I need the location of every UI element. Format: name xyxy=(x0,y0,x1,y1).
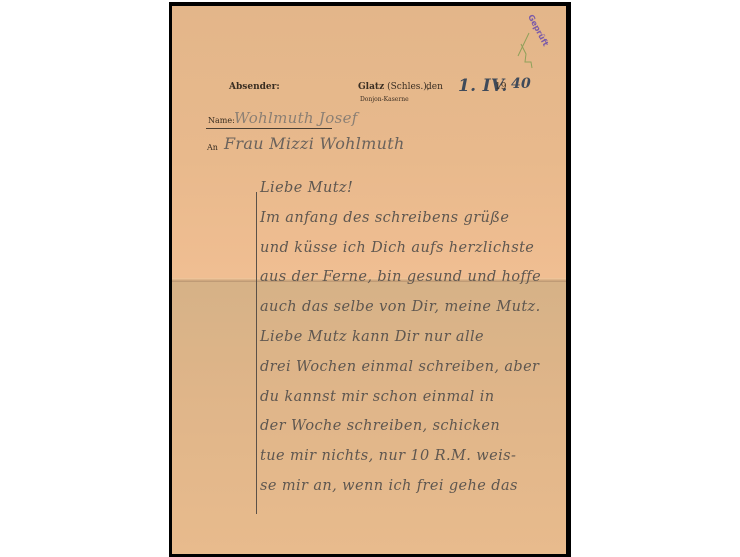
letter-line: der Woche schreiben, schicken xyxy=(260,412,560,442)
sender-label: Absender: xyxy=(229,82,280,92)
letter-line: und küsse ich Dich aufs herzlichste xyxy=(260,234,560,264)
letter-line: tue mir nichts, nur 10 R.M. weis- xyxy=(260,442,560,472)
place-region: (Schles.), xyxy=(384,82,429,92)
letter-line: Liebe Mutz! xyxy=(260,174,560,204)
barracks-label: Donjon-Kaserne xyxy=(360,96,409,103)
letter-line: aus der Ferne, bin gesund und hoffe xyxy=(260,263,560,293)
margin-line xyxy=(256,192,257,514)
letter-line: Liebe Mutz kann Dir nur alle xyxy=(260,323,560,353)
letter-line: Im anfang des schreibens grüße xyxy=(260,204,560,234)
sender-name: Wohlmuth Josef xyxy=(234,109,358,127)
letter-line: auch das selbe von Dir, meine Mutz. xyxy=(260,293,560,323)
letter-line: se mir an, wenn ich frei gehe das xyxy=(260,472,560,502)
pencil-check-mark xyxy=(172,6,566,86)
place-label: Glatz (Schles.), xyxy=(358,82,430,92)
recipient-name: Frau Mizzi Wohlmuth xyxy=(224,134,405,153)
den-label: den xyxy=(426,82,443,92)
letter-line: du kannst mir schon einmal in xyxy=(260,383,560,413)
letter-body: Liebe Mutz! Im anfang des schreibens grü… xyxy=(260,174,560,502)
letter-line: drei Wochen einmal schreiben, aber xyxy=(260,353,560,383)
handwritten-year: 40 xyxy=(511,76,531,92)
recipient-label: An xyxy=(207,143,218,152)
letter-sheet: Geprüft Absender: Glatz (Schles.), den 1… xyxy=(172,6,566,554)
name-label: Name: xyxy=(208,116,235,125)
place-name: Glatz xyxy=(358,82,384,92)
name-underline xyxy=(206,128,332,129)
year-prefix: 19 xyxy=(495,82,506,92)
